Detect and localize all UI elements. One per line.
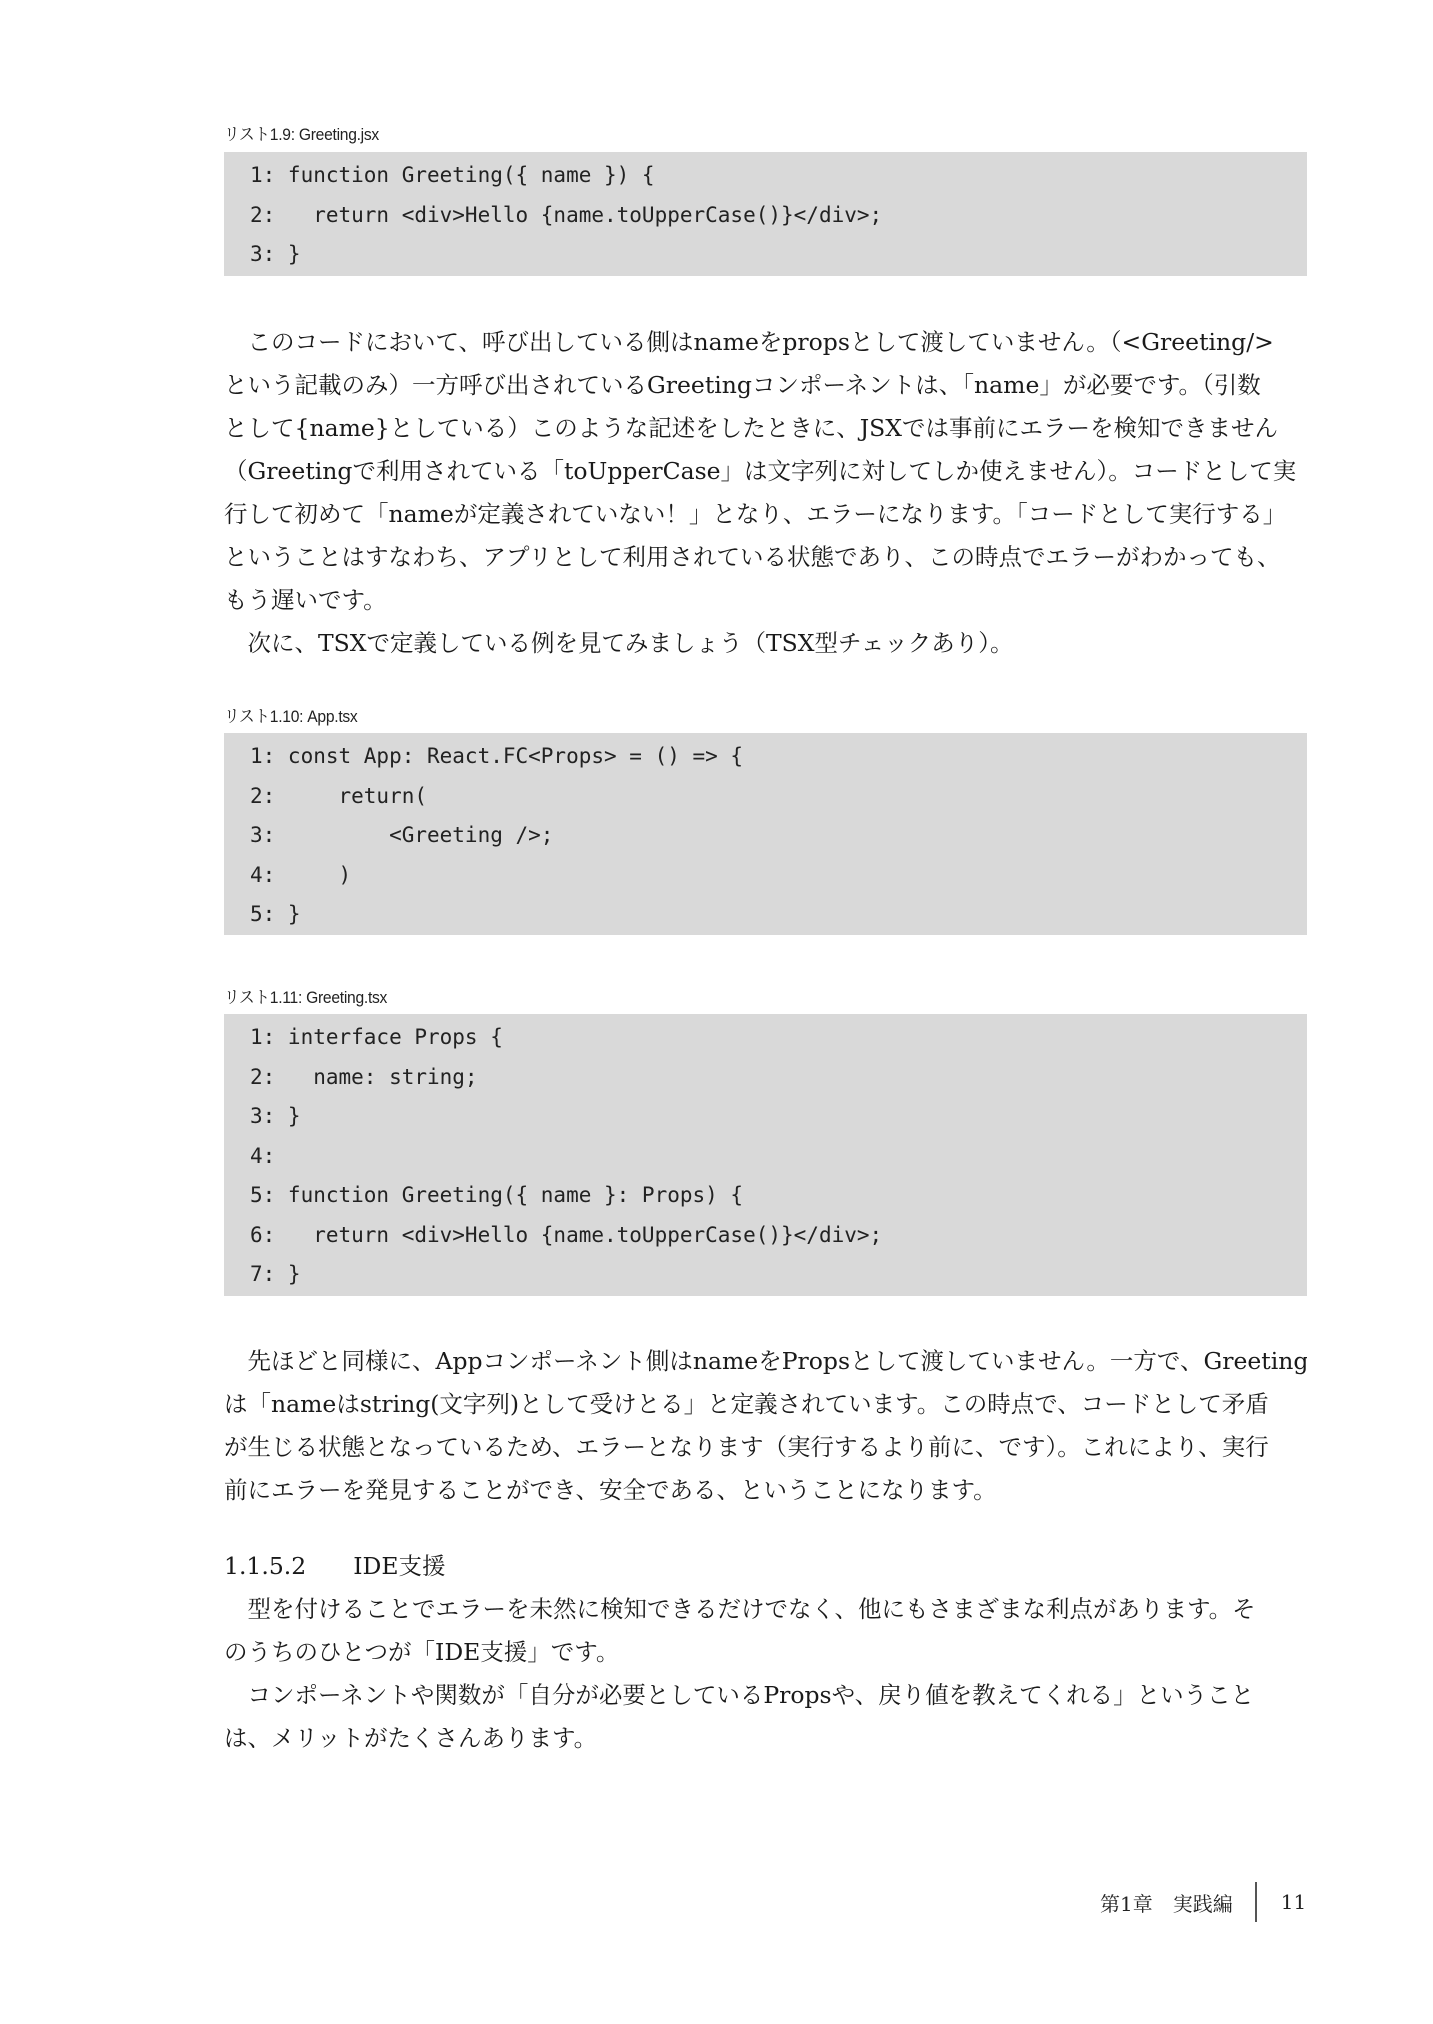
text-line: （Greetingで利用されている「toUpperCase」は文字列に対してしか… [224, 450, 1307, 493]
text-line: コンポーネントや関数が「自分が必要としているPropsや、戻り値を教えてくれる」… [224, 1674, 1307, 1717]
code-block-app-tsx: 1: const App: React.FC<Props> = () => { … [224, 733, 1307, 935]
section-heading: 1.1.5.2 IDE支援 [224, 1545, 446, 1588]
body-paragraph: コンポーネントや関数が「自分が必要としているPropsや、戻り値を教えてくれる」… [224, 1674, 1307, 1760]
listing-caption: リスト1.11: Greeting.tsx [224, 983, 387, 1008]
text-line: もう遅いです。 [224, 579, 1307, 622]
text-line: 型を付けることでエラーを未然に検知できるだけでなく、他にもさまざまな利点がありま… [224, 1588, 1307, 1631]
text-line: 先ほどと同様に、Appコンポーネント側はnameをPropsとして渡していません… [224, 1340, 1307, 1383]
text-line: 行して初めて「nameが定義されていない！」となり、エラーになります。「コードと… [224, 493, 1307, 536]
code-line: 1: const App: React.FC<Props> = () => { [250, 737, 1307, 777]
code-line: 3: } [250, 235, 1307, 275]
body-paragraph: 先ほどと同様に、Appコンポーネント側はnameをPropsとして渡していません… [224, 1340, 1307, 1512]
code-line: 2: return( [250, 777, 1307, 817]
code-line: 3: } [250, 1097, 1307, 1137]
code-line: 2: name: string; [250, 1058, 1307, 1098]
text-line: のうちのひとつが「IDE支援」です。 [224, 1631, 1307, 1674]
body-paragraph: 型を付けることでエラーを未然に検知できるだけでなく、他にもさまざまな利点がありま… [224, 1588, 1307, 1674]
footer-divider [1255, 1882, 1257, 1922]
text-line: 次に、TSXで定義している例を見てみましょう（TSX型チェックあり）。 [224, 622, 1307, 665]
body-paragraph: 次に、TSXで定義している例を見てみましょう（TSX型チェックあり）。 [224, 622, 1307, 665]
text-line: は「nameはstring(文字列)として受けとる」と定義されています。この時点… [224, 1383, 1307, 1426]
code-line: 1: interface Props { [250, 1018, 1307, 1058]
text-line: ということはすなわち、アプリとして利用されている状態であり、この時点でエラーがわ… [224, 536, 1307, 579]
text-line: は、メリットがたくさんあります。 [224, 1717, 1307, 1760]
page-number: 11 [1281, 1890, 1306, 1914]
code-line: 7: } [250, 1255, 1307, 1295]
listing-caption: リスト1.10: App.tsx [224, 702, 357, 727]
text-line: 前にエラーを発見することができ、安全である、ということになります。 [224, 1469, 1307, 1512]
listing-caption: リスト1.9: Greeting.jsx [224, 120, 379, 145]
code-line: 5: function Greeting({ name }: Props) { [250, 1176, 1307, 1216]
text-line: このコードにおいて、呼び出している側はnameをpropsとして渡していません。… [224, 321, 1307, 364]
code-line: 6: return <div>Hello {name.toUpperCase()… [250, 1216, 1307, 1256]
section-number: 1.1.5.2 [224, 1552, 306, 1580]
text-line: という記載のみ）一方呼び出されているGreetingコンポーネントは、「name… [224, 364, 1307, 407]
section-title: IDE支援 [353, 1552, 445, 1580]
code-line: 1: function Greeting({ name }) { [250, 156, 1307, 196]
page-footer: 第1章 実践編 11 [1100, 1882, 1306, 1922]
chapter-label: 第1章 実践編 [1100, 1888, 1233, 1917]
text-line: が生じる状態となっているため、エラーとなります（実行するより前に、です）。これに… [224, 1426, 1307, 1469]
code-block-greeting-jsx: 1: function Greeting({ name }) { 2: retu… [224, 152, 1307, 276]
code-line: 4: ) [250, 856, 1307, 896]
code-line: 4: [250, 1137, 1307, 1177]
code-block-greeting-tsx: 1: interface Props { 2: name: string; 3:… [224, 1014, 1307, 1296]
code-line: 2: return <div>Hello {name.toUpperCase()… [250, 196, 1307, 236]
body-paragraph: このコードにおいて、呼び出している側はnameをpropsとして渡していません。… [224, 321, 1307, 622]
text-line: として{name}としている）このような記述をしたときに、JSXでは事前にエラー… [224, 407, 1307, 450]
code-line: 5: } [250, 895, 1307, 935]
code-line: 3: <Greeting />; [250, 816, 1307, 856]
